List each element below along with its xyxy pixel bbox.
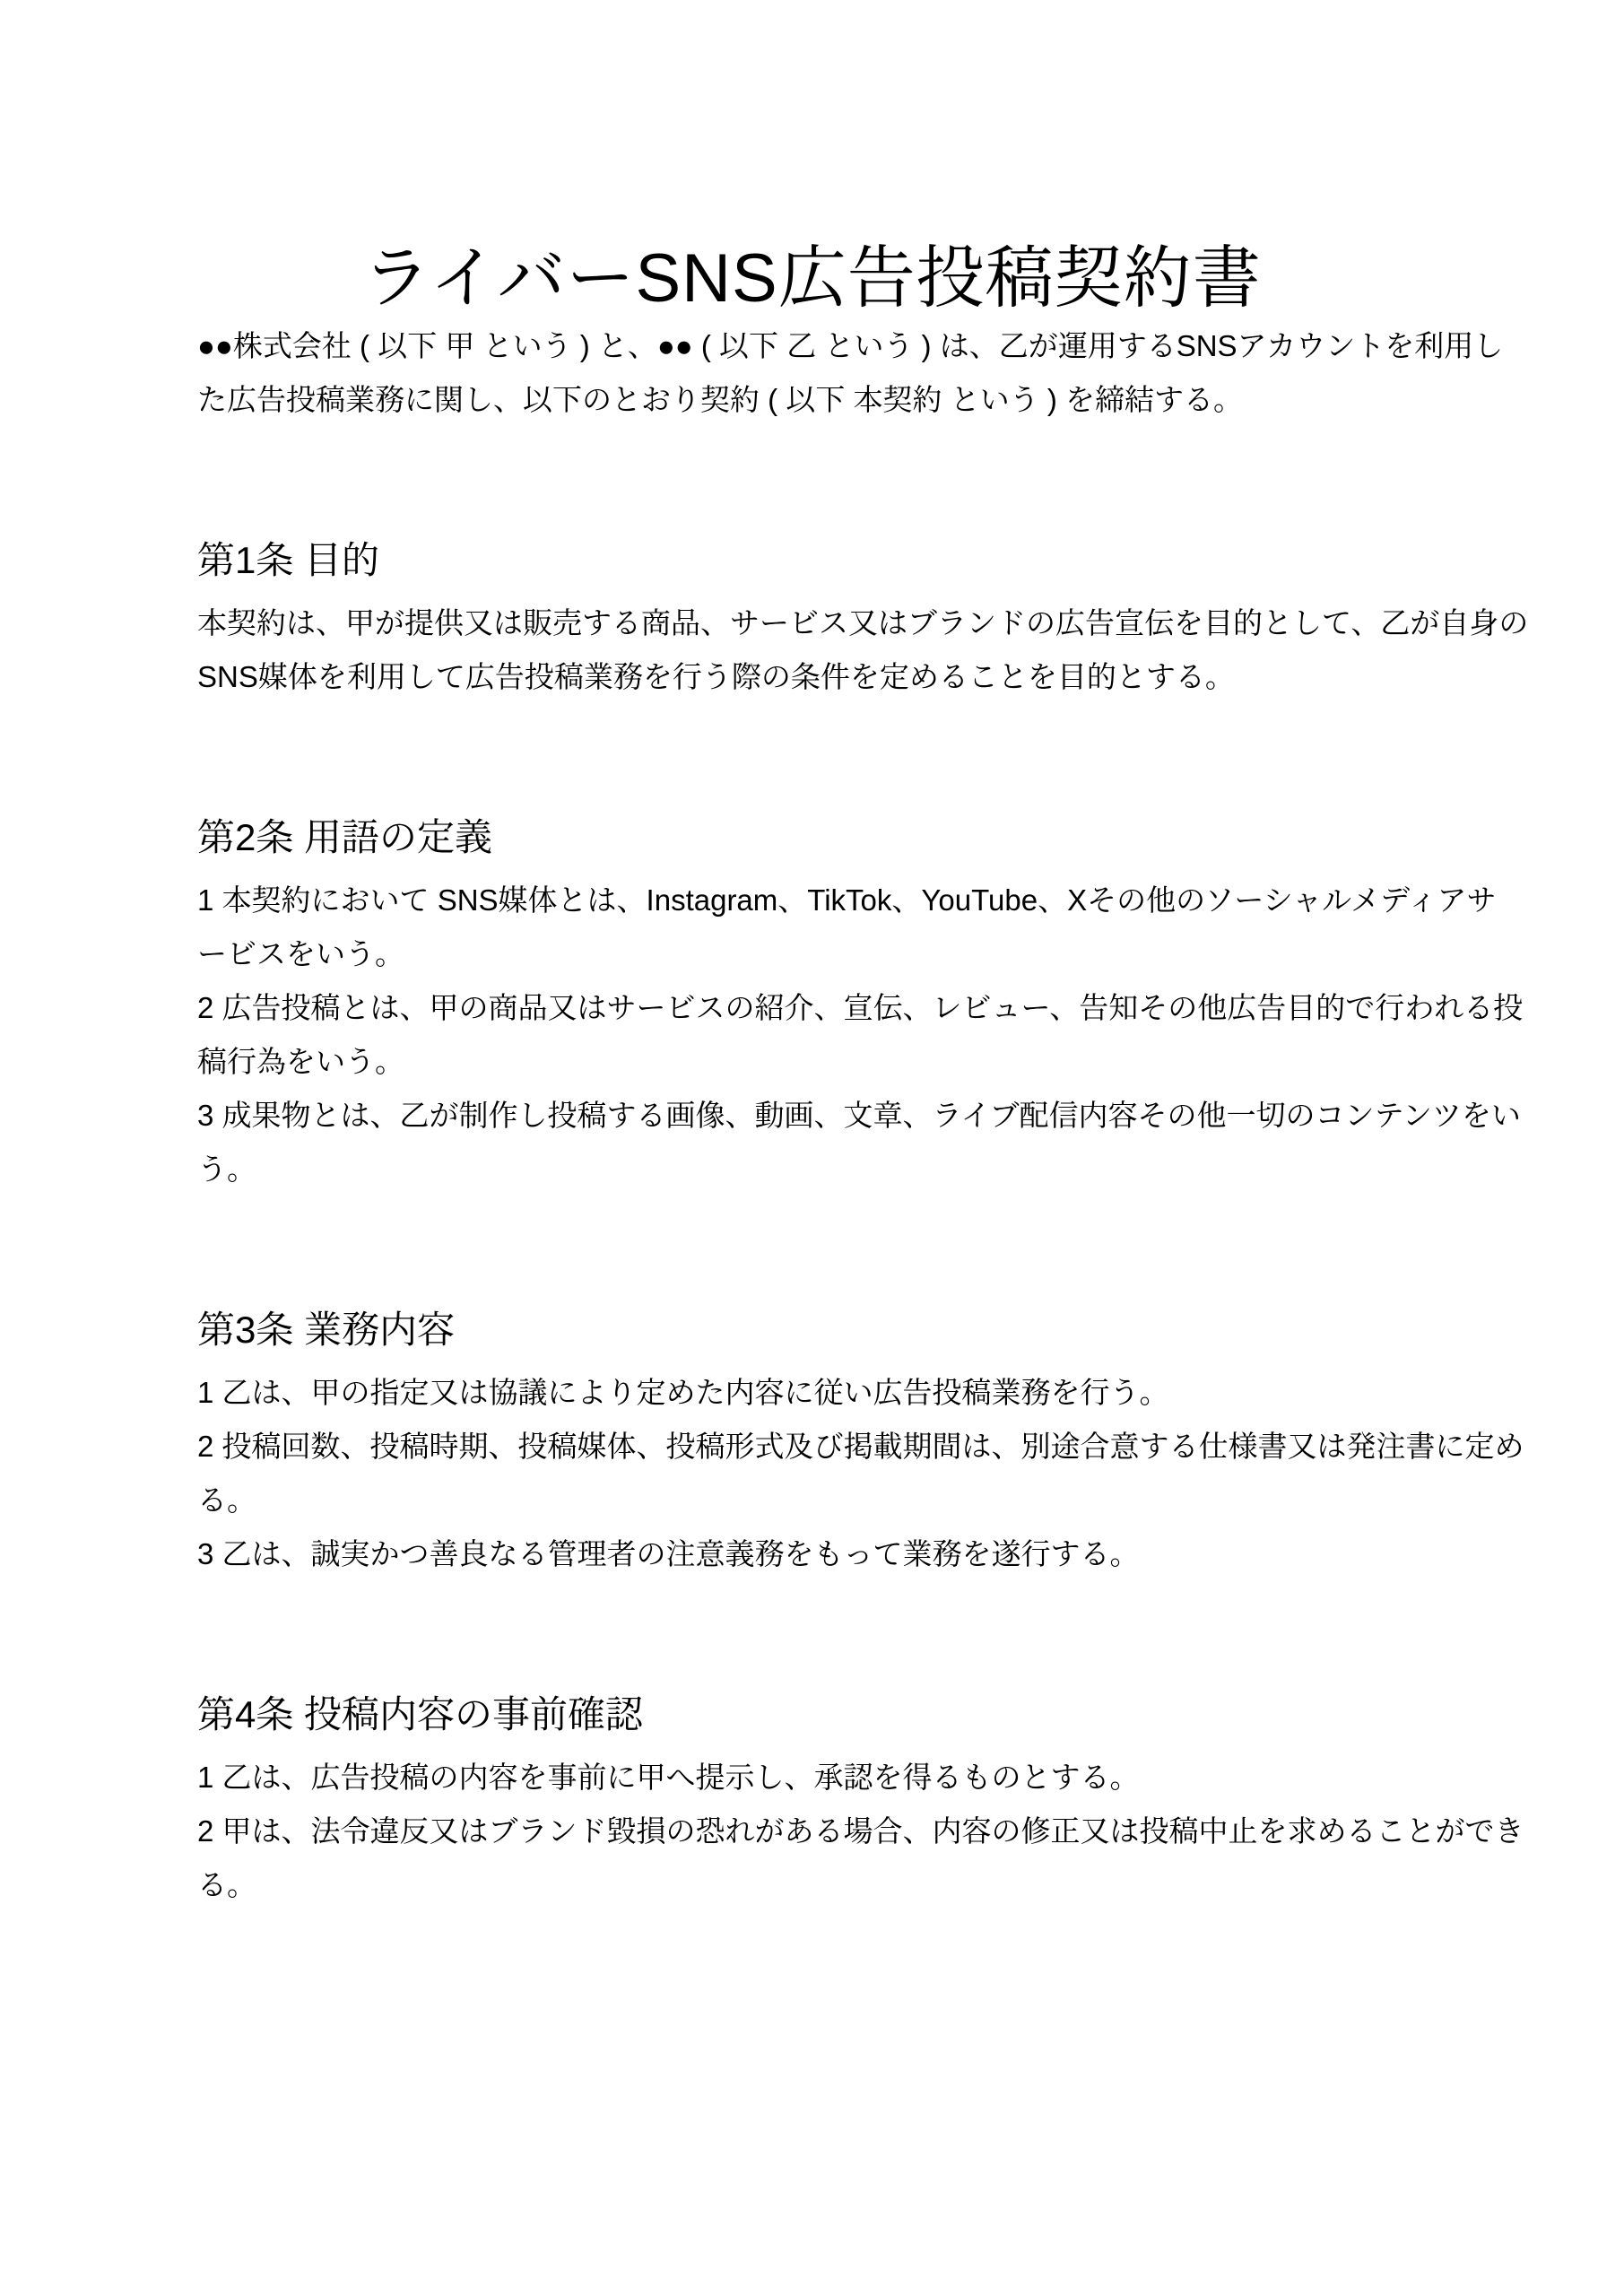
section-heading-article-4: 第4条 投稿内容の事前確認	[197, 1687, 1427, 1743]
section-article-4: 第4条 投稿内容の事前確認 1 乙は、広告投稿の内容を事前に甲へ提示し、承認を得…	[197, 1687, 1427, 1912]
document-content: ライバーSNS広告投稿契約書 ●●株式会社 ( 以下 甲 という ) と、●● …	[197, 238, 1427, 1912]
section-article-3: 第3条 業務内容 1 乙は、甲の指定又は協議により定めた内容に従い広告投稿業務を…	[197, 1302, 1427, 1581]
section-body-article-1: 本契約は、甲が提供又は販売する商品、サービス又はブランドの広告宣伝を目的として、…	[197, 596, 1427, 704]
intro-paragraph: ●●株式会社 ( 以下 甲 という ) と、●● ( 以下 乙 という ) は、…	[197, 319, 1427, 427]
section-heading-article-3: 第3条 業務内容	[197, 1302, 1427, 1358]
section-heading-article-1: 第1条 目的	[197, 533, 1427, 588]
section-body-article-3: 1 乙は、甲の指定又は協議により定めた内容に従い広告投稿業務を行う。 2 投稿回…	[197, 1366, 1427, 1581]
section-article-1: 第1条 目的 本契約は、甲が提供又は販売する商品、サービス又はブランドの広告宣伝…	[197, 533, 1427, 704]
section-article-2: 第2条 用語の定義 1 本契約において SNS媒体とは、Instagram、Ti…	[197, 810, 1427, 1196]
section-body-article-4: 1 乙は、広告投稿の内容を事前に甲へ提示し、承認を得るものとする。 2 甲は、法…	[197, 1751, 1427, 1912]
document-title: ライバーSNS広告投稿契約書	[197, 238, 1427, 319]
document-page: ライバーSNS広告投稿契約書 ●●株式会社 ( 以下 甲 という ) と、●● …	[0, 0, 1624, 2296]
section-heading-article-2: 第2条 用語の定義	[197, 810, 1427, 865]
section-body-article-2: 1 本契約において SNS媒体とは、Instagram、TikTok、YouTu…	[197, 874, 1427, 1196]
